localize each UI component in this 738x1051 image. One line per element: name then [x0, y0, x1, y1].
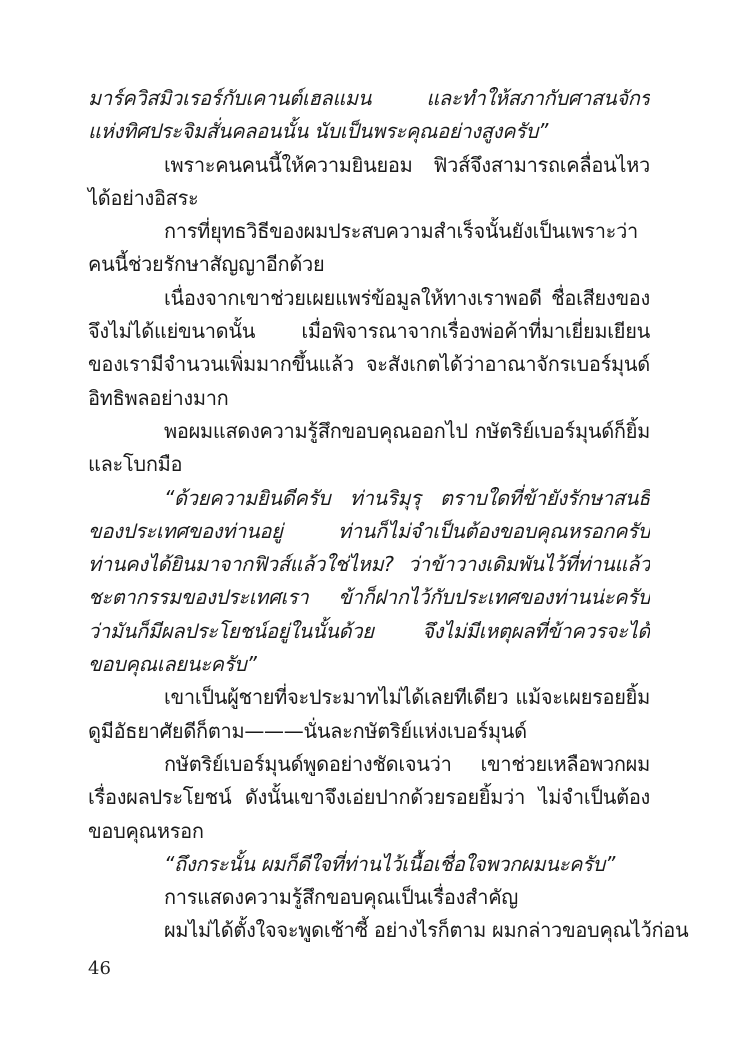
dialogue-line: “ถึงกระนั้น ผมก็ดีใจที่ท่านไว้เนื้อเชื่อ…	[88, 848, 650, 881]
dialogue-line: ท่านคงได้ยินมาจากฟิวส์แล้วใช่ไหม? ว่าข้า…	[88, 548, 650, 581]
text-line: แห่งทิศประจิมสั่นคลอนนั้น นับเป็นพระคุณอ…	[88, 115, 650, 148]
text-line: การแสดงความรู้สึกขอบคุณเป็นเรื่องสำคัญ	[88, 881, 650, 914]
text-line: ขอบคุณหรอก	[88, 815, 650, 848]
text-line: พอผมแสดงความรู้สึกขอบคุณออกไป กษัตริย์เบ…	[88, 415, 650, 448]
dialogue-line: ชะตากรรมของประเทศเรา ข้าก็ฝากไว้กับประเท…	[88, 581, 650, 614]
text-line: จึงไม่ได้แย่ขนาดนั้น เมื่อพิจารณาจากเรื่…	[88, 315, 650, 348]
text-line: ของเรามีจำนวนเพิ่มมากขึ้นแล้ว จะสังเกตได…	[88, 348, 650, 381]
text-line: อิทธิพลอย่างมาก	[88, 382, 650, 415]
dialogue-line: ว่ามันก็มีผลประโยชน์อยู่ในนั้นด้วย จึงไม…	[88, 615, 650, 648]
dialogue-line: “ด้วยความยินดีครับ ท่านริมุรุ ตราบใดที่ข…	[88, 482, 650, 515]
text-line: ดูมีอัธยาศัยดีก็ตาม———นั่นละกษัตริย์แห่ง…	[88, 715, 650, 748]
dialogue-line: ของประเทศของท่านอยู่ ท่านก็ไม่จำเป็นต้อง…	[88, 515, 650, 548]
text-line: เขาเป็นผู้ชายที่จะประมาทไม่ได้เลยทีเดียว…	[88, 681, 650, 714]
page-body: มาร์ควิสมิวเรอร์กับเคานต์เฮลแมน และทำให้…	[88, 82, 650, 948]
text-line: และโบกมือ	[88, 448, 650, 481]
text-line: เนื่องจากเขาช่วยเผยแพร่ข้อมูลให้ทางเราพอ…	[88, 282, 650, 315]
text-line: ได้อย่างอิสระ	[88, 182, 650, 215]
text-line: คนนี้ช่วยรักษาสัญญาอีกด้วย	[88, 248, 650, 281]
text-line: เรื่องผลประโยชน์ ดังนั้นเขาจึงเอ่ยปากด้ว…	[88, 781, 650, 814]
text-line: มาร์ควิสมิวเรอร์กับเคานต์เฮลแมน และทำให้…	[88, 82, 650, 115]
text-line: การที่ยุทธวิธีของผมประสบความสำเร็จนั้นยั…	[88, 215, 650, 248]
text-line: ผมไม่ได้ตั้งใจจะพูดเช้าซี้ อย่างไรก็ตาม …	[88, 914, 650, 947]
text-line: กษัตริย์เบอร์มุนด์พูดอย่างชัดเจนว่า เขาช…	[88, 748, 650, 781]
dialogue-line: ขอบคุณเลยนะครับ”	[88, 648, 650, 681]
text-line: เพราะคนคนนี้ให้ความยินยอม ฟิวส์จึงสามารถ…	[88, 149, 650, 182]
page-number: 46	[88, 958, 111, 979]
